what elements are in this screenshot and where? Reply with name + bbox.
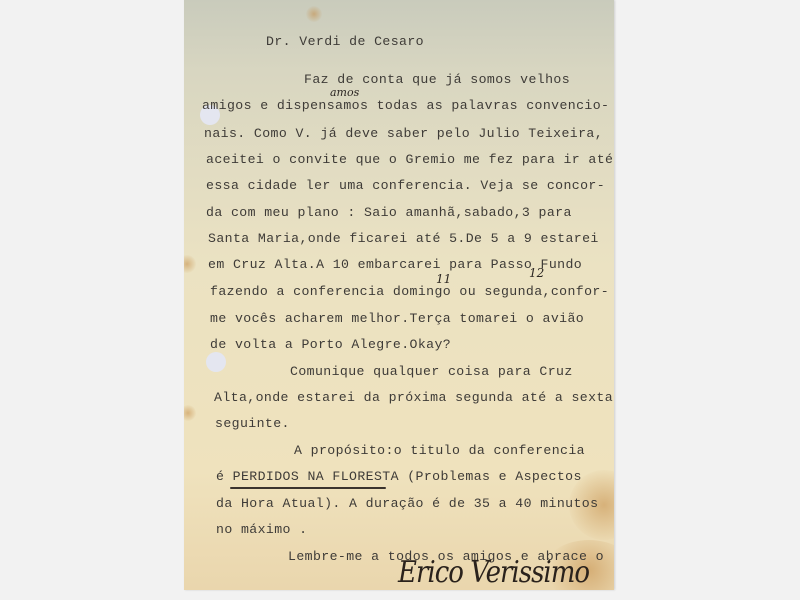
- title-underline: [230, 487, 386, 489]
- text-line: amigos e dispensamos todas as palavras c…: [202, 98, 609, 113]
- letter-page: Dr. Verdi de Cesaro Faz de conta que já …: [184, 0, 614, 590]
- text-line: nais. Como V. já deve saber pelo Julio T…: [204, 126, 603, 141]
- text-line: A propósito:o titulo da conferencia: [294, 443, 585, 458]
- punch-hole-bottom: [206, 352, 226, 372]
- text-line: é PERDIDOS NA FLORESTA (Problemas e Aspe…: [216, 469, 582, 484]
- text-line: no máximo .: [216, 522, 307, 537]
- signature: Erico Verissimo: [398, 556, 589, 590]
- handwritten-correction: amos: [330, 86, 359, 99]
- stain-top: [306, 6, 322, 22]
- text-line: me vocês acharem melhor.Terça tomarei o …: [210, 311, 584, 326]
- text-line: em Cruz Alta.A 10 embarcarei para Passo …: [208, 257, 582, 272]
- text-line: Santa Maria,onde ficarei até 5.De 5 a 9 …: [208, 231, 599, 246]
- text-line: fazendo a conferencia domingo ou segunda…: [210, 284, 609, 299]
- text-line: Faz de conta que já somos velhos: [304, 72, 570, 87]
- text-line: aceitei o convite que o Gremio me fez pa…: [206, 152, 613, 167]
- text-line: de volta a Porto Alegre.Okay?: [210, 337, 451, 352]
- handwritten-twelve: 12: [529, 266, 544, 280]
- stain-left-lower: [184, 405, 196, 421]
- stain-left-mid: [184, 255, 196, 273]
- text-line: da com meu plano : Saio amanhã,sabado,3 …: [206, 205, 572, 220]
- text-line: Comunique qualquer coisa para Cruz: [290, 364, 573, 379]
- text-line: Alta,onde estarei da próxima segunda até…: [214, 390, 613, 405]
- salutation: Dr. Verdi de Cesaro: [266, 34, 424, 49]
- text-line: seguinte.: [215, 416, 290, 431]
- text-line: da Hora Atual). A duração é de 35 a 40 m…: [216, 496, 598, 511]
- text-line: essa cidade ler uma conferencia. Veja se…: [206, 178, 605, 193]
